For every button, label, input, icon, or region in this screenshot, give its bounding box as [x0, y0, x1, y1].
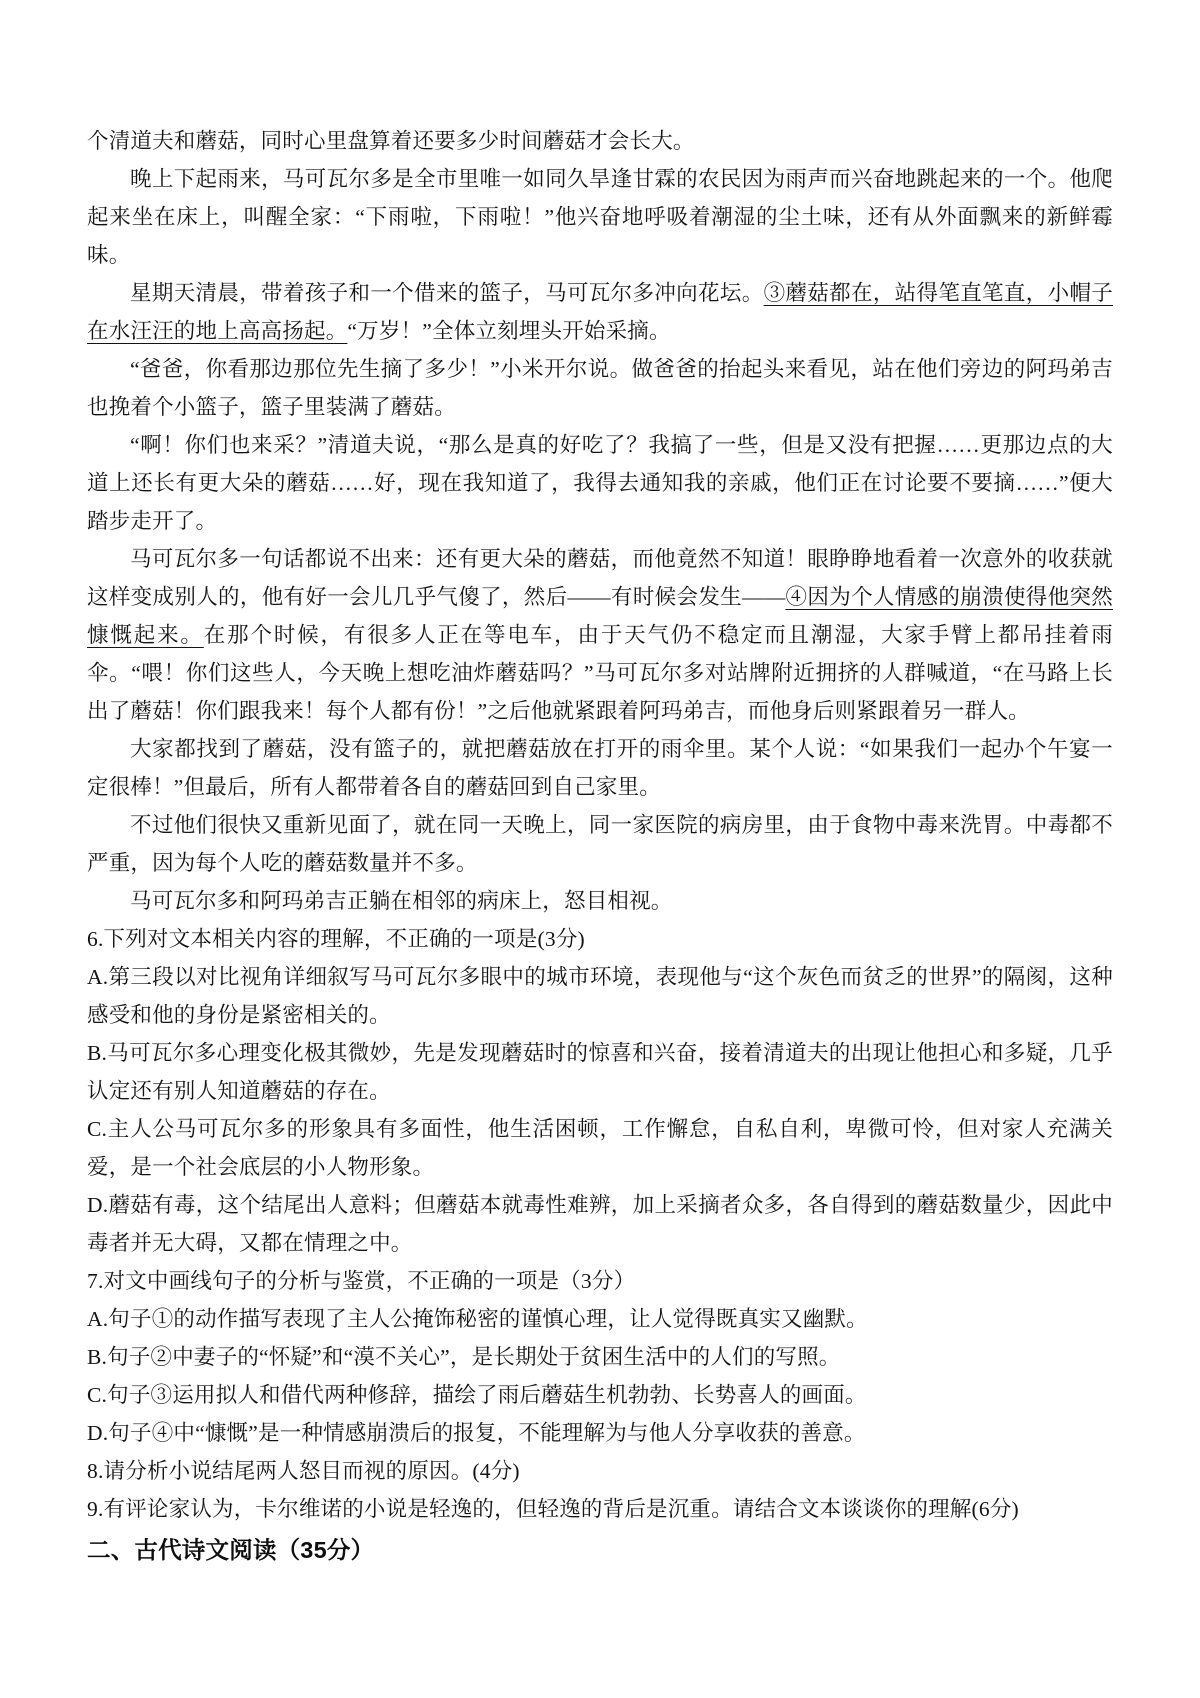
story-paragraph-7: 大家都找到了蘑菇，没有篮子的，就把蘑菇放在打开的雨伞里。某个人说：“如果我们一起…	[87, 730, 1113, 806]
story-paragraph-1: 个清道夫和蘑菇，同时心里盘算着还要多少时间蘑菇才会长大。	[87, 122, 1113, 160]
question-7-option-d: D.句子④中“慷慨”是一种情感崩溃后的报复，不能理解为与他人分享收获的善意。	[87, 1414, 1113, 1452]
exam-page: 个清道夫和蘑菇，同时心里盘算着还要多少时间蘑菇才会长大。 晚上下起雨来，马可瓦尔…	[0, 0, 1200, 1698]
question-text: 8.请分析小说结尾两人怒目而视的原因。(4分)	[87, 1459, 520, 1483]
story-text: 大家都找到了蘑菇，没有篮子的，就把蘑菇放在打开的雨伞里。某个人说：“如果我们一起…	[87, 737, 1113, 799]
story-text: “啊！你们也来采？”清道夫说，“那么是真的好吃了？我搞了一些，但是又没有把握………	[87, 433, 1113, 533]
story-text: 星期天清晨，带着孩子和一个借来的篮子，马可瓦尔多冲向花坛。	[130, 281, 764, 305]
story-paragraph-9: 马可瓦尔多和阿玛弟吉正躺在相邻的病床上，怒目相视。	[87, 882, 1113, 920]
page-content: 个清道夫和蘑菇，同时心里盘算着还要多少时间蘑菇才会长大。 晚上下起雨来，马可瓦尔…	[87, 122, 1113, 1570]
story-text: “万岁！”全体立刻埋头开始采摘。	[347, 319, 670, 343]
question-6-option-d: D.蘑菇有毒，这个结尾出人意料；但蘑菇本就毒性难辨，加上采摘者众多，各自得到的蘑…	[87, 1186, 1113, 1262]
story-text: 不过他们很快又重新见面了，就在同一天晚上，同一家医院的病房里，由于食物中毒来洗胃…	[87, 813, 1113, 875]
question-8-stem: 8.请分析小说结尾两人怒目而视的原因。(4分)	[87, 1452, 1113, 1490]
option-text: A.第三段以对比视角详细叙写马可瓦尔多眼中的城市环境，表现他与“这个灰色而贫乏的…	[87, 965, 1113, 1027]
option-text: D.句子④中“慷慨”是一种情感崩溃后的报复，不能理解为与他人分享收获的善意。	[87, 1421, 866, 1445]
section-heading: 二、古代诗文阅读（35分）	[87, 1530, 1113, 1570]
question-6-option-b: B.马可瓦尔多心理变化极其微妙，先是发现蘑菇时的惊喜和兴奋，接着清道夫的出现让他…	[87, 1034, 1113, 1110]
option-text: C.句子③运用拟人和借代两种修辞，描绘了雨后蘑菇生机勃勃、长势喜人的画面。	[87, 1383, 867, 1407]
story-paragraph-4: “爸爸，你看那边那位先生摘了多少！”小米开尔说。做爸爸的抬起头来看见，站在他们旁…	[87, 350, 1113, 426]
story-paragraph-2: 晚上下起雨来，马可瓦尔多是全市里唯一如同久旱逢甘霖的农民因为雨声而兴奋地跳起来的…	[87, 160, 1113, 274]
question-7-option-b: B.句子②中妻子的“怀疑”和“漠不关心”，是长期处于贫困生活中的人们的写照。	[87, 1338, 1113, 1376]
story-paragraph-8: 不过他们很快又重新见面了，就在同一天晚上，同一家医院的病房里，由于食物中毒来洗胃…	[87, 806, 1113, 882]
story-paragraph-6: 马可瓦尔多一句话都说不出来：还有更大朵的蘑菇，而他竟然不知道！眼睁睁地看着一次意…	[87, 540, 1113, 730]
question-7-stem: 7.对文中画线句子的分析与鉴赏，不正确的一项是（3分）	[87, 1262, 1113, 1300]
question-text: 7.对文中画线句子的分析与鉴赏，不正确的一项是（3分）	[87, 1269, 635, 1293]
question-6-option-a: A.第三段以对比视角详细叙写马可瓦尔多眼中的城市环境，表现他与“这个灰色而贫乏的…	[87, 958, 1113, 1034]
question-7-option-a: A.句子①的动作描写表现了主人公掩饰秘密的谨慎心理，让人觉得既真实又幽默。	[87, 1300, 1113, 1338]
question-9-stem: 9.有评论家认为，卡尔维诺的小说是轻逸的，但轻逸的背后是沉重。请结合文本谈谈你的…	[87, 1490, 1113, 1528]
question-7-option-c: C.句子③运用拟人和借代两种修辞，描绘了雨后蘑菇生机勃勃、长势喜人的画面。	[87, 1376, 1113, 1414]
question-6-stem: 6.下列对文本相关内容的理解，不正确的一项是(3分)	[87, 920, 1113, 958]
question-text: 6.下列对文本相关内容的理解，不正确的一项是(3分)	[87, 927, 585, 951]
story-text: 晚上下起雨来，马可瓦尔多是全市里唯一如同久旱逢甘霖的农民因为雨声而兴奋地跳起来的…	[87, 167, 1113, 267]
story-paragraph-3: 星期天清晨，带着孩子和一个借来的篮子，马可瓦尔多冲向花坛。③蘑菇都在，站得笔直笔…	[87, 274, 1113, 350]
question-text: 9.有评论家认为，卡尔维诺的小说是轻逸的，但轻逸的背后是沉重。请结合文本谈谈你的…	[87, 1497, 1019, 1521]
option-text: B.句子②中妻子的“怀疑”和“漠不关心”，是长期处于贫困生活中的人们的写照。	[87, 1345, 841, 1369]
option-text: A.句子①的动作描写表现了主人公掩饰秘密的谨慎心理，让人觉得既真实又幽默。	[87, 1307, 868, 1331]
story-paragraph-5: “啊！你们也来采？”清道夫说，“那么是真的好吃了？我搞了一些，但是又没有把握………	[87, 426, 1113, 540]
story-text: “爸爸，你看那边那位先生摘了多少！”小米开尔说。做爸爸的抬起头来看见，站在他们旁…	[87, 357, 1113, 419]
story-text: 马可瓦尔多和阿玛弟吉正躺在相邻的病床上，怒目相视。	[130, 889, 673, 913]
question-6-option-c: C.主人公马可瓦尔多的形象具有多面性，他生活困顿，工作懈怠，自私自利，卑微可怜，…	[87, 1110, 1113, 1186]
story-text: 个清道夫和蘑菇，同时心里盘算着还要多少时间蘑菇才会长大。	[87, 129, 695, 153]
option-text: B.马可瓦尔多心理变化极其微妙，先是发现蘑菇时的惊喜和兴奋，接着清道夫的出现让他…	[87, 1041, 1113, 1103]
option-text: D.蘑菇有毒，这个结尾出人意料；但蘑菇本就毒性难辨，加上采摘者众多，各自得到的蘑…	[87, 1193, 1113, 1255]
option-text: C.主人公马可瓦尔多的形象具有多面性，他生活困顿，工作懈怠，自私自利，卑微可怜，…	[87, 1117, 1113, 1179]
story-text: 在那个时候，有很多人正在等电车，由于天气仍不稳定而且潮湿，大家手臂上都吊挂着雨伞…	[87, 623, 1113, 723]
